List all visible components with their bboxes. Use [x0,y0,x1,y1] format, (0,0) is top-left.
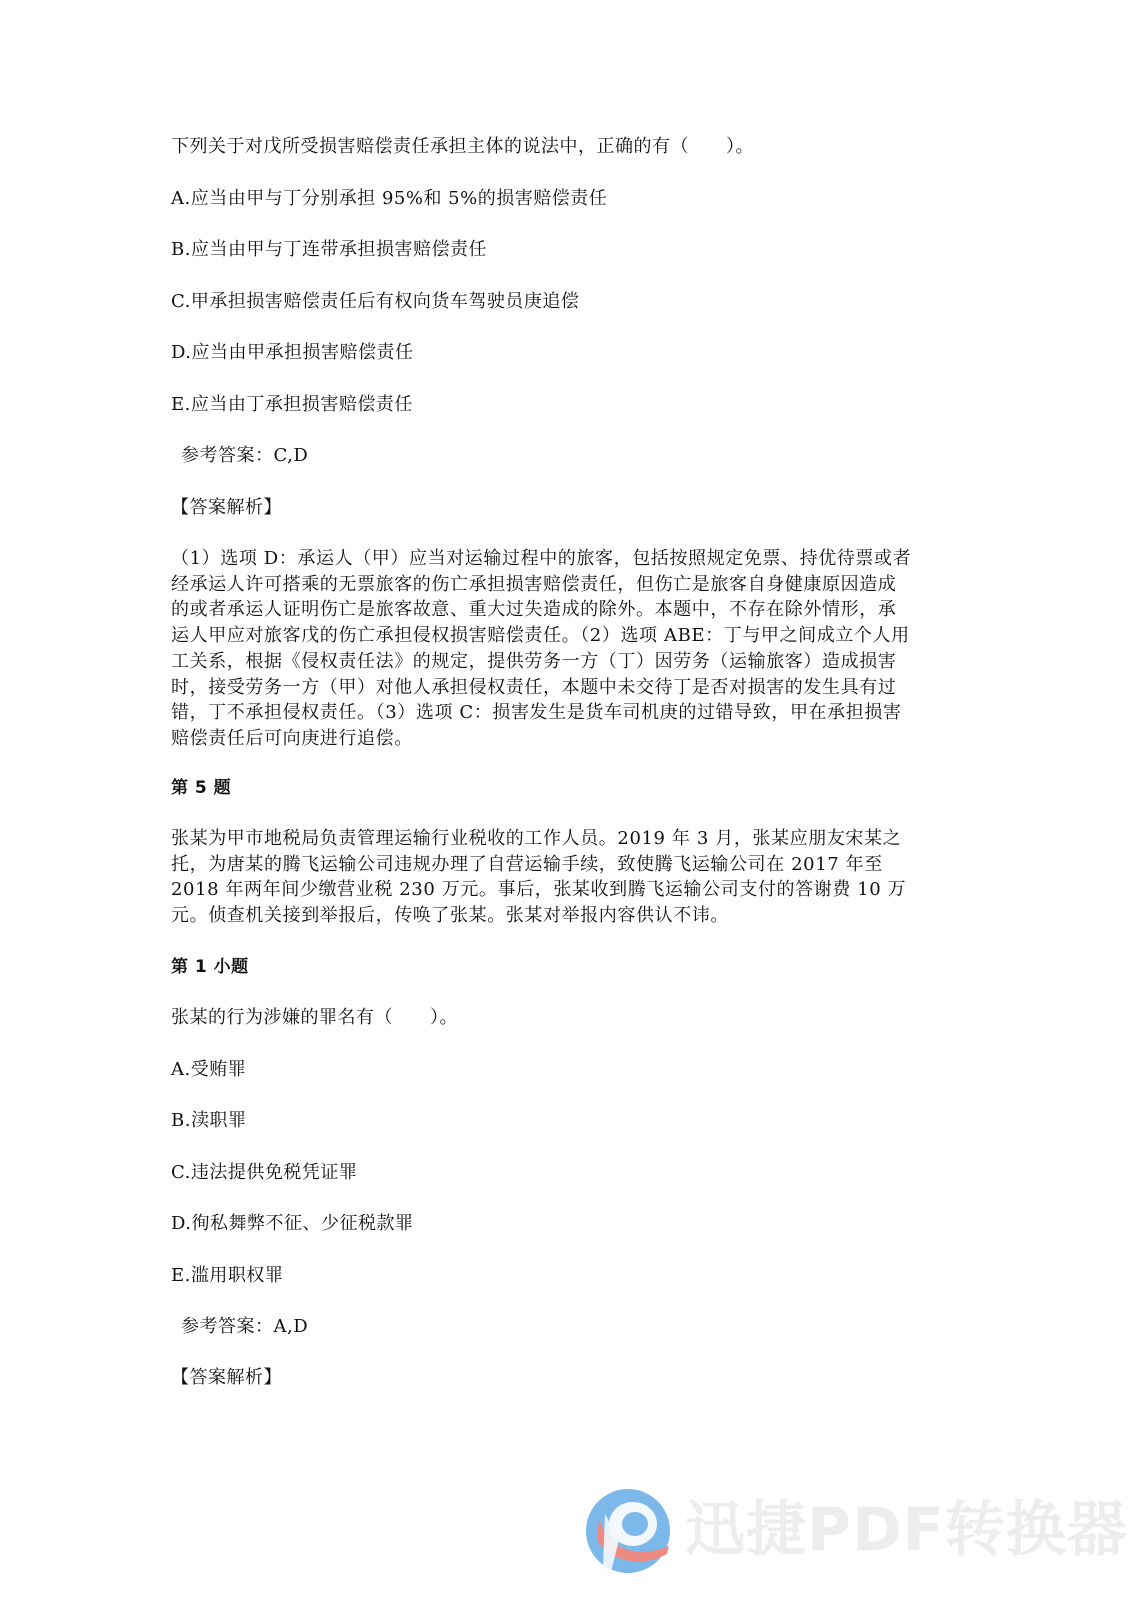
subquestion-heading: 第 1 小题 [171,955,249,979]
case-line: 张某为甲市地税局负责管理运输行业税收的工作人员。2019 年 3 月，张某应朋友… [171,826,961,852]
analysis-line: 工关系，根据《侵权责任法》的规定，提供劳务一方（丁）因劳务（运输旅客）造成损害 [171,649,961,675]
analysis-heading: 【答案解析】 [171,496,282,520]
analysis-line: 的或者承运人证明伤亡是旅客故意、重大过失造成的除外。本题中，不存在除外情形，承 [171,597,961,623]
analysis-paragraph: （1）选项 D：承运人（甲）应当对运输过程中的旅客，包括按照规定免票、持优待票或… [171,546,961,752]
option-a: A.应当由甲与丁分别承担 95%和 5%的损害赔偿责任 [171,187,607,211]
watermark: 迅捷PDF转换器 [585,1488,1105,1578]
analysis-line: 错，丁不承担侵权责任。（3）选项 C：损害发生是货车司机庚的过错导致，甲在承担损… [171,700,961,726]
analysis-line: 经承运人许可搭乘的无票旅客的伤亡承担损害赔偿责任，但伤亡是旅客自身健康原因造成 [171,572,961,598]
reference-answer: 参考答案：C,D [181,444,308,468]
analysis-line: 时，接受劳务一方（甲）对他人承担侵权责任，本题中未交待丁是否对损害的发生具有过 [171,675,961,701]
option-c: C.甲承担损害赔偿责任后有权向货车驾驶员庚追偿 [171,290,579,314]
subquestion-stem: 张某的行为涉嫌的罪名有（ ）。 [171,1006,458,1030]
option-d: D.徇私舞弊不征、少征税款罪 [171,1212,414,1236]
watermark-text: 迅捷PDF转换器 [685,1492,1128,1568]
case-line: 元。侦查机关接到举报后，传唤了张某。张某对举报内容供认不讳。 [171,903,961,929]
analysis-line: 赔偿责任后可向庚进行追偿。 [171,726,961,752]
option-e: E.滥用职权罪 [171,1264,283,1288]
option-c: C.违法提供免税凭证罪 [171,1161,357,1185]
question-stem: 下列关于对戊所受损害赔偿责任承担主体的说法中，正确的有（ ）。 [171,135,754,159]
xunjie-pdf-logo-icon [585,1488,671,1574]
analysis-line: 运人甲应对旅客戊的伤亡承担侵权损害赔偿责任。（2）选项 ABE：丁与甲之间成立个… [171,623,961,649]
question-heading: 第 5 题 [171,776,231,800]
option-d: D.应当由甲承担损害赔偿责任 [171,341,414,365]
analysis-line: （1）选项 D：承运人（甲）应当对运输过程中的旅客，包括按照规定免票、持优待票或… [171,546,961,572]
option-b: B.应当由甲与丁连带承担损害赔偿责任 [171,238,487,262]
case-line: 托，为唐某的腾飞运输公司违规办理了自营运输手续，致使腾飞运输公司在 2017 年… [171,852,961,878]
option-b: B.渎职罪 [171,1109,246,1133]
case-line: 2018 年两年间少缴营业税 230 万元。事后，张某收到腾飞运输公司支付的答谢… [171,877,961,903]
analysis-heading: 【答案解析】 [171,1366,282,1390]
option-e: E.应当由丁承担损害赔偿责任 [171,393,413,417]
option-a: A.受贿罪 [171,1058,246,1082]
case-paragraph: 张某为甲市地税局负责管理运输行业税收的工作人员。2019 年 3 月，张某应朋友… [171,826,961,929]
reference-answer: 参考答案：A,D [181,1315,308,1339]
